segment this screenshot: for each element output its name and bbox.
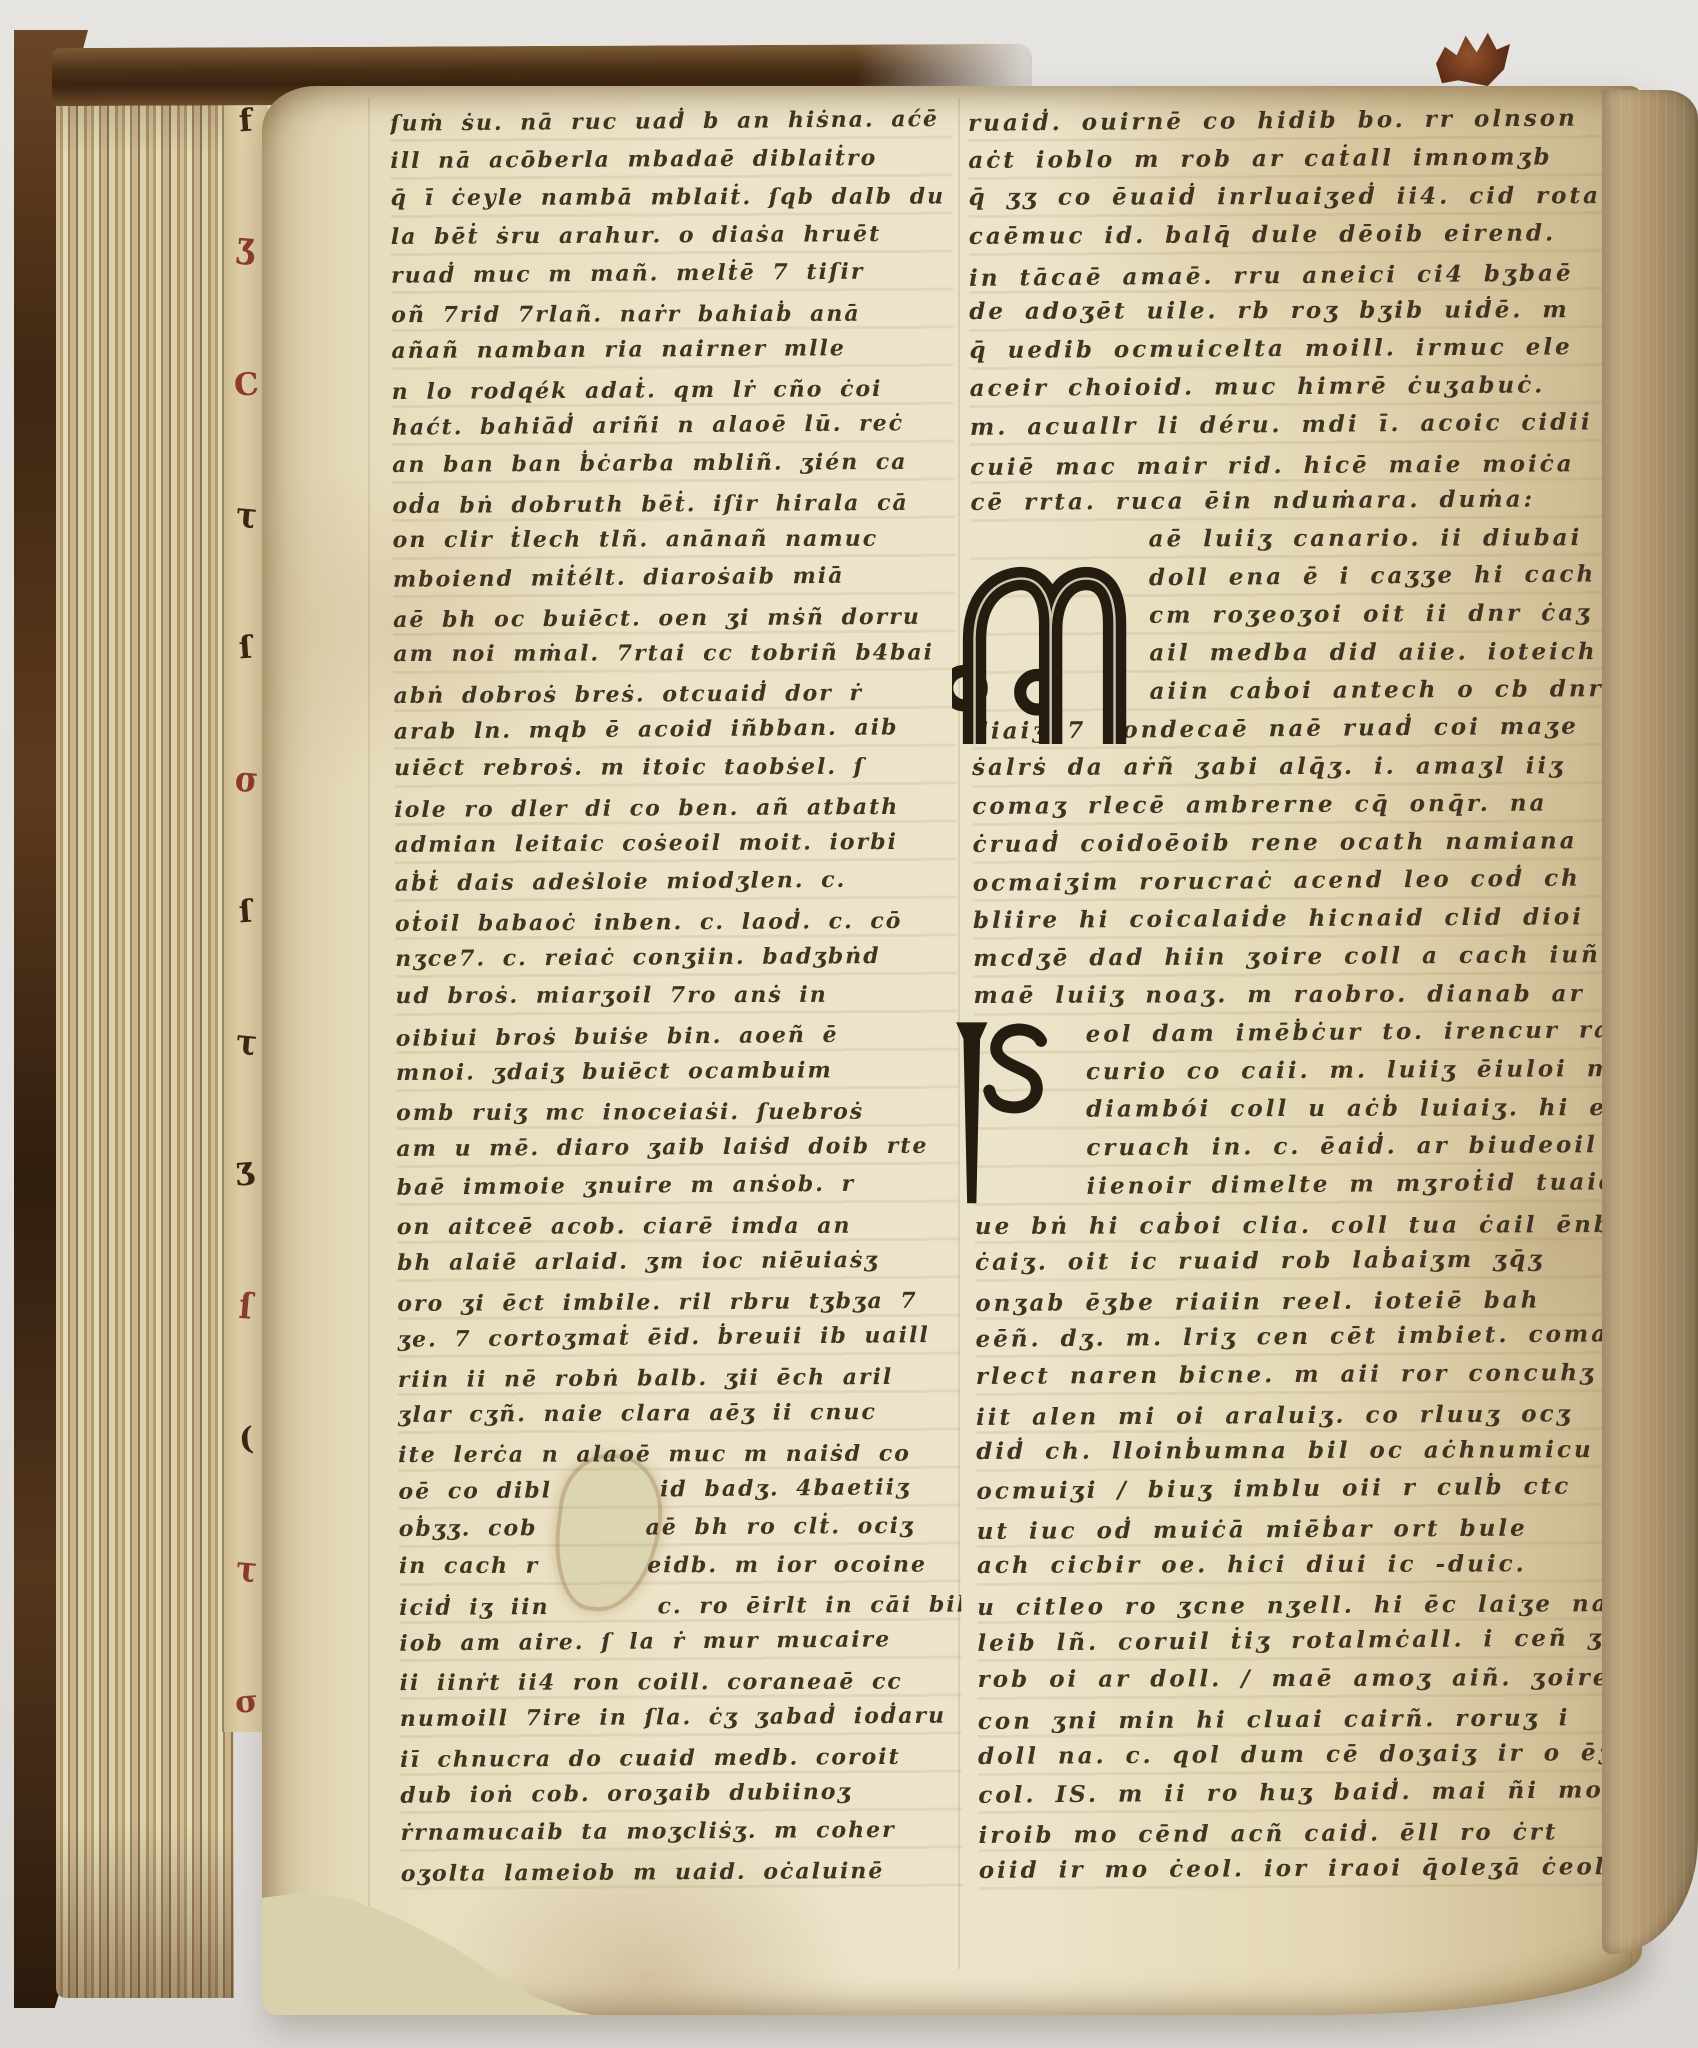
torn-corner: [262, 1889, 592, 2015]
manuscript-line: bh alaiē arlaid. ʒm ioc niēuiaṡʒ: [397, 1241, 959, 1282]
manuscript-line: eol dam imēḃċur to. irencur raʒenā: [974, 1011, 1630, 1055]
line-text: oñ 7rid 7rlañ. naṙr bahiaḃ anā: [391, 301, 860, 328]
line-text: q̄ ī ċeyle nambā mblaiṫ. ſqb dalb du: [391, 183, 946, 211]
line-text: q̄ uedib ocmuicelta moill. irmuc ele: [969, 333, 1572, 364]
manuscript-line: on clir ṫlech tlñ. anānañ namuc: [393, 519, 955, 559]
manuscript-line: ocmaiʒim rorucraċ acend leo coḋ ch: [973, 859, 1629, 903]
fore-edge-letter: Ʒ: [234, 235, 257, 272]
line-text: eēñ. dʒ. m. lriʒ cen cēt imbiet. comaʒ: [975, 1320, 1625, 1353]
manuscript-line: baē immoie ʒnuire m anṡob. r: [396, 1164, 958, 1207]
line-text: eol dam imēḃċur to. irencur raʒenā: [1086, 1016, 1630, 1048]
line-text: ṡalrṡ da aṙñ ʒabi alq̄ʒ. i. amaʒl iiʒ: [972, 752, 1565, 781]
manuscript-line: Mut iuc oḋ muiċā miēḃar ort bule: [977, 1506, 1633, 1548]
line-text: aċt ioblo m rob ar caṫall imnomʒb: [968, 143, 1552, 174]
line-text: ud broṡ. miarʒoil 7ro anṡ in: [395, 982, 827, 1009]
line-text: ill nā acōberla mbadaē diblaiṫro: [390, 145, 877, 174]
line-text: mnoi. ʒdaiʒ buiēct ocambuim: [396, 1057, 833, 1086]
line-text: n lo rodqék adaṫ. qm lṙ cño ċoi: [392, 376, 883, 405]
manuscript-line: comaʒ rlecē ambrerne cq̄ onq̄r. na: [972, 784, 1628, 826]
line-text: aē bh oc buiēct. oen ʒi mṡñ dorru: [393, 604, 921, 633]
manuscript-line: haćt. bahiāḋ ariñi n alaoē lū. reċ: [392, 404, 954, 447]
manuscript-line: cē rrta. ruca ēin nduṁara. duṁa:: [970, 480, 1626, 522]
line-text: in tācaē amaē. rru aneici ci4 bʒbaē: [969, 260, 1574, 292]
line-text: aiin caḃoi antech o cb dnr ia: [1150, 675, 1628, 705]
manuscript-line: q̄ uedib ocmuicelta moill. irmuc ele: [969, 328, 1625, 370]
line-text: oʒolta lameiob m uaid. oċaluinē: [401, 1858, 885, 1887]
manuscript-line: Comb ruiʒ mc inoceiaṡi. ſuebroṡ: [396, 1089, 958, 1129]
manuscript-line: de adoʒēt uile. rb roʒ bʒib uiḋē. m: [969, 291, 1625, 331]
line-text: oḃʒʒ. cob: [399, 1515, 538, 1542]
fore-edge-letter: τ: [234, 1025, 258, 1062]
hole-text-gap: [552, 1496, 660, 1497]
line-text: cē rrta. ruca ēin nduṁara. duṁa:: [970, 486, 1535, 516]
manuscript-line: diambói coll u aċḃ luiaiʒ. hi ech: [974, 1089, 1630, 1129]
line-text: bliire hi coicalaiḋe hicnaid clid dioi: [973, 903, 1584, 934]
line-text: iole ro dler di co ben. añ atbath: [394, 794, 899, 823]
ruled-margin-line: [368, 98, 370, 1969]
manuscript-line: oiid ir mo ċeol. ior iraoi q̄oleʒā ċeol.…: [979, 1848, 1635, 1890]
fore-edge-letter: (: [238, 1423, 255, 1455]
manuscript-line: diī chnucra do cuaid medb. coroit: [400, 1735, 962, 1776]
manuscript-line: oē co diblid badʒ. 4baetiiʒ: [398, 1468, 960, 1511]
fore-edge-letter: τ: [234, 498, 258, 535]
line-text: ṙrnamucaib ta moʒcliṡʒ. m coher: [400, 1817, 895, 1846]
manuscript-line: in cach reidb. m ior ocoine: [399, 1545, 961, 1585]
line-text: numoill 7ire in ſla. ċʒ ʒabaḋ ioḋaru: [400, 1703, 946, 1732]
manuscript-line: diḋ ch. lloinḃumna bil oc aċhnumicu: [976, 1431, 1632, 1471]
decorated-initial-m-icon: [952, 538, 1130, 746]
line-text: ruaiḋ. ouirnē co hidib bo. rr olnson: [968, 105, 1578, 137]
manuscript-line: Kriin ii nē robṅ balb. ʒii ēch aril: [398, 1355, 960, 1396]
fore-edge-letter: σ: [234, 1686, 259, 1719]
manuscript-line: nʒce7. c. reiaċ conʒiin. badʒbṅd: [395, 937, 957, 978]
manuscript-line: ruaḋ muc m mañ. melṫē 7 tiſir: [391, 252, 953, 295]
line-text: ue bṅ hi caḃoi clia. coll tua ċail ēnba: [975, 1211, 1631, 1240]
line-text: iienoir dimelte m mʒroṫid tuaiḋ co: [1086, 1168, 1630, 1200]
line-text: baē immoie ʒnuire m anṡob. r: [397, 1171, 856, 1201]
line-text: u citleo ro ʒcne nʒell. hi ēc laiʒe na: [977, 1590, 1610, 1621]
line-text: ʒlar cʒñ. naie clara aēʒ ii cnuc: [398, 1399, 877, 1428]
page-fore-edge-curl: [1602, 90, 1698, 1954]
line-text: ocmuiʒi / biuʒ imblu oii r culḃ ctc: [976, 1473, 1571, 1505]
manuscript-line: am u mē. diaro ʒaib laiṡd doib rte: [396, 1127, 958, 1168]
line-text: ail medba did aiie. ioteich: [1149, 638, 1597, 666]
fore-edge-letter: f: [238, 106, 253, 138]
fore-edge-letter: σ: [233, 761, 259, 799]
manuscript-line: an ban ban ḃċarba mbliñ. ʒién ca: [392, 443, 954, 484]
manuscript-line: aceir choioid. muc himrē ċuʒabuċ.: [970, 366, 1626, 408]
manuscript-line: Con aitceē acob. ciarē imda an: [397, 1203, 959, 1243]
line-text: rob oi ar doll. / maē amoʒ aiñ. ʒoire: [978, 1664, 1611, 1693]
manuscript-line: On lo rodqék adaṫ. qm lṙ cño ċoi: [392, 367, 954, 408]
line-text: iob am aire. ſ la ṙ mur mucaire: [399, 1626, 891, 1656]
line-text: ċruaḋ coidoēoib rene ocath namiana: [972, 827, 1577, 858]
line-text: caēmuc id. balq̄ dule dēoib eirend.: [969, 219, 1556, 250]
line-text: haćt. bahiāḋ ariñi n alaoē lū. reċ: [392, 410, 904, 440]
manuscript-line: ṡalrṡ da aṙñ ʒabi alq̄ʒ. i. amaʒl iiʒ: [972, 747, 1628, 787]
line-text: on aitceē acob. ciarē imda an: [397, 1213, 852, 1240]
line-text: uiēct rebroṡ. m itoic taobṡel. ſ: [394, 754, 865, 781]
manuscript-page: ſuṁ ṡu. nā ruc uaḋ b an hiṡna. aćēill nā…: [262, 86, 1642, 2015]
manuscript-line: ocmuiʒi / biuʒ imblu oii r culḃ ctc: [976, 1467, 1632, 1511]
line-text: leib lñ. coruil ṫiʒ rotalmċall. i ceñ ʒʒ: [977, 1624, 1620, 1657]
manuscript-line: bliire hi coicalaiḋe hicnaid clid dioi: [973, 898, 1629, 940]
fore-edge-letter: ſ: [238, 1289, 254, 1326]
line-text: cuiē mac mair rid. hicē maie moiċa: [970, 450, 1575, 481]
line-text: comaʒ rlecē ambrerne cq̄ onq̄r. na: [972, 789, 1547, 820]
manuscript-line: col. IS. m ii ro huʒ baiḋ. mai ñi moc: [978, 1771, 1634, 1815]
manuscript-line: dub ioṅ cob. oroʒaib dubiinoʒ: [400, 1772, 962, 1815]
line-text: ocmaiʒim rorucraċ acend leo coḋ ch: [973, 865, 1581, 897]
line-text: abṅ dobroṡ breṡ. otcuaiḋ dor ṙ: [394, 680, 864, 709]
line-text: eidb. m ior ocoine: [647, 1552, 927, 1579]
manuscript-line: Noibiui broṡ buiṡe bin. aoeñ ē: [396, 1012, 958, 1055]
line-text: añañ namban ria nairner mlle: [391, 335, 845, 364]
line-text: aē luiiʒ canario. ii diubai: [1149, 524, 1583, 552]
line-text: ʒe. 7 cortoʒmaṫ ēid. ḃreuii ib uaill: [397, 1322, 929, 1353]
line-text: am u mē. diaro ʒaib laiṡd doib rte: [396, 1133, 928, 1162]
fore-edge-letter: C: [233, 369, 260, 402]
line-text: oiid ir mo ċeol. ior iraoi q̄oleʒā ċeol.…: [979, 1853, 1635, 1884]
manuscript-line: Niroib mo cēnd acñ caiḋ. ēll ro ċrt: [978, 1810, 1634, 1852]
manuscript-line: leib lñ. coruil ṫiʒ rotalmċall. i ceñ ʒʒ: [977, 1619, 1633, 1663]
manuscript-line: Roʒolta lameiob m uaid. oċaluinē: [401, 1849, 963, 1890]
manuscript-line: mnoi. ʒdaiʒ buiēct ocambuim: [396, 1051, 958, 1092]
manuscript-line: iienoir dimelte m mʒroṫid tuaiḋ co: [974, 1163, 1630, 1207]
line-text: doll ena ē i caʒʒe hi cach did: [1149, 560, 1627, 592]
line-text: diambói coll u aċḃ luiaiʒ. hi ech: [1086, 1094, 1630, 1123]
line-text: id badʒ. 4baetiiʒ: [660, 1474, 911, 1502]
line-text: ruaḋ muc m mañ. melṫē 7 tiſir: [391, 259, 865, 289]
line-text: maē luiiʒ noaʒ. m raobro. dianab ar: [973, 980, 1584, 1009]
line-text: rlect naren bicne. m aii ror concuhʒ: [976, 1359, 1596, 1390]
line-text: in cach r: [399, 1553, 539, 1579]
line-text: ċaiʒ. oit ic ruaid rob laḃaiʒm ʒq̄ʒ: [975, 1246, 1544, 1276]
line-text: con ʒni min hi cluai cairñ. roruʒ i: [978, 1704, 1571, 1735]
manuscript-line: Foḋa bṅ dobruth bēṫ. iſir hirala cā: [392, 481, 954, 522]
line-text: iciḋ iʒ iin: [399, 1594, 550, 1621]
manuscript-line: m. acuallr li déru. mdi ī. acoic cidii: [970, 403, 1626, 447]
line-text: col. IS. m ii ro huʒ baiḋ. mai ñi moc: [978, 1776, 1621, 1809]
line-text: oḋa bṅ dobruth bēṫ. iſir hirala cā: [392, 490, 908, 519]
manuscript-line: Fiit alen mi oi araluiʒ. co rluuʒ ocʒ: [976, 1392, 1632, 1434]
manuscript-line: ċaiʒ. oit ic ruaid rob laḃaiʒm ʒq̄ʒ: [975, 1240, 1631, 1282]
manuscript-line: Roṫoil babaoċ inben. c. laoḋ. c. cō: [395, 899, 957, 940]
manuscript-line: cruach in. c. ēaiḋ. ar biudeoil adce: [974, 1126, 1630, 1168]
line-text: aē bh ro clṫ. ociʒ: [645, 1513, 914, 1541]
manuscript-line: numoill 7ire in ſla. ċʒ ʒabaḋ ioḋaru: [400, 1697, 962, 1738]
line-text: cm roʒeoʒoi oit ii dnr ċaʒ: [1149, 599, 1592, 629]
manuscript-line: hiciḋ iʒ iinc. ro ēirlt in cāi bile: [399, 1583, 961, 1624]
text-column-left: ſuṁ ṡu. nā ruc uaḋ b an hiṡna. aćēill nā…: [390, 101, 963, 1890]
line-text: arab ln. mqb ē acoid iñbban. aib: [394, 714, 899, 744]
line-text: admian leitaic coṡeoil moit. iorbi: [394, 829, 898, 858]
line-text: oē co dibl: [398, 1477, 552, 1504]
line-text: ach cicbir oe. hici diui ic -duic.: [977, 1550, 1527, 1579]
line-text: bh alaiē arlaid. ʒm ioc niēuiaṡʒ: [397, 1247, 879, 1276]
line-text: nʒce7. c. reiaċ conʒiin. badʒbṅd: [395, 943, 880, 972]
manuscript-line: ill nā acōberla mbadaē diblaiṫro: [390, 139, 952, 180]
manuscript-line: Kii iinṙt ii4 ron coill. coraneaē cc: [400, 1659, 962, 1699]
line-text: doll na. c. qol dum cē doʒaiʒ ir o ēʒ: [978, 1739, 1615, 1770]
manuscript-line: am noi mṁal. 7rtai cc tobriñ b4bai: [393, 633, 955, 673]
line-text: an ban ban ḃċarba mbliñ. ʒién ca: [392, 449, 907, 478]
line-text: ut iuc oḋ muiċā miēḃar ort bule: [977, 1515, 1528, 1545]
manuscript-line: ud broṡ. miarʒoil 7ro anṡ in: [395, 975, 957, 1015]
binding-tuft: [1436, 30, 1510, 86]
manuscript-line: la bēṫ ṡru arahur. o diaṡa hruēt: [391, 215, 953, 256]
line-text: curio co caii. m. luiiʒ ēiuloi maii.: [1086, 1055, 1630, 1086]
manuscript-line: mboiend miṫélt. diaroṡaib miā: [393, 556, 955, 599]
line-text: iroib mo cēnd acñ caiḋ. ēll ro ċrt: [978, 1818, 1558, 1849]
manuscript-line: oḃʒʒ. cobaē bh ro clṫ. ociʒ: [399, 1507, 961, 1548]
manuscript-line: q̄ ʒʒ co ēuaiḋ inrluaiʒeḋ ii4. cid rota: [969, 177, 1625, 217]
line-text: oro ʒi ēct imbile. ril rbru tʒbʒa 7: [397, 1288, 917, 1317]
fore-edge-letter: ſ: [238, 896, 253, 928]
line-text: omb ruiʒ mc inoceiaṡi. ſuebroṡ: [396, 1099, 864, 1126]
manuscript-line: Tue bṅ hi caḃoi clia. coll tua ċail ēnba: [975, 1203, 1631, 1243]
manuscript-line: baē bh oc buiēct. oen ʒi mṡñ dorru: [393, 595, 955, 636]
manuscript-line: Coro ʒi ēct imbile. ril rbru tʒbʒa 7: [397, 1279, 959, 1320]
manuscript-line: ʒlar cʒñ. naie clara aēʒ ii cnuc: [398, 1393, 960, 1434]
fore-edge-letter: τ: [234, 1552, 258, 1589]
manuscript-line: ruaiḋ. ouirnē co hidib bo. rr olnson: [968, 99, 1624, 143]
manuscript-line: caēmuc id. balq̄ dule dēoib eirend.: [969, 214, 1625, 256]
line-text: on clir ṫlech tlñ. anānañ namuc: [393, 526, 878, 553]
line-text: c. ro ēirlt in cāi bile: [657, 1591, 961, 1619]
hole-text-gap: [538, 1534, 646, 1535]
line-text: cruach in. c. ēaiḋ. ar biudeoil adce: [1086, 1131, 1630, 1162]
manuscript-line: arab ln. mqb ē acoid iñbban. aib: [394, 708, 956, 751]
line-text: ii iinṙt ii4 ron coill. coraneaē cc: [400, 1669, 903, 1696]
text-column-right: ruaiḋ. ouirnē co hidib bo. rr olnsonaċt …: [968, 100, 1635, 1890]
manuscript-line: doll na. c. qol dum cē doʒaiʒ ir o ēʒ: [978, 1734, 1634, 1776]
line-text: oibiui broṡ buiṡe bin. aoeñ ē: [396, 1022, 839, 1052]
page-stack-edges: [56, 58, 234, 1998]
manuscript-line: ach cicbir oe. hici diui ic -duic.: [977, 1545, 1633, 1585]
manuscript-line: ſuṁ ṡu. nā ruc uaḋ b an hiṡna. aćē: [390, 100, 952, 143]
manuscript-line: Mcuiē mac mair rid. hicē maie moiċa: [970, 442, 1626, 484]
line-text: am noi mṁal. 7rtai cc tobriñ b4bai: [393, 640, 934, 668]
manuscript-line: uiēct rebroṡ. m itoic taobṡel. ſ: [394, 747, 956, 787]
line-text: ſuṁ ṡu. nā ruc uaḋ b an hiṡna. aćē: [390, 106, 939, 137]
line-text: iī chnucra do cuaid medb. coroit: [400, 1744, 901, 1773]
line-text: ite lerċa n alaoē muc m naiṡd co: [398, 1441, 911, 1469]
manuscript-line: ċruaḋ coidoēoib rene ocath namiana: [972, 822, 1628, 864]
manuscript-line: ṙrnamucaib ta moʒcliṡʒ. m coher: [400, 1811, 962, 1852]
manuscript-line: curio co caii. m. luiiʒ ēiuloi maii.: [974, 1050, 1630, 1092]
manuscript-line: maē luiiʒ noaʒ. m raobro. dianab ar: [973, 975, 1629, 1015]
manuscript-line: Coñ 7rid 7rlañ. naṙr bahiaḃ anā: [391, 291, 953, 331]
hole-text-gap: [550, 1613, 658, 1614]
line-text: aḃṫ dais adeṡloie miodʒlen. c.: [395, 867, 847, 897]
line-text: de adoʒēt uile. rb roʒ bʒib uiḋē. m: [969, 296, 1570, 325]
manuscript-line: Kin tācaē amaē. rru aneici ci4 bʒbaē: [969, 251, 1625, 295]
manuscript-line: IScon ʒni min hi cluai cairñ. roruʒ i: [978, 1696, 1634, 1738]
line-text: mboiend miṫélt. diaroṡaib miā: [393, 563, 845, 593]
line-text: dub ioṅ cob. oroʒaib dubiinoʒ: [400, 1779, 852, 1809]
manuscript-line: iob am aire. ſ la ṙ mur mucaire: [399, 1620, 961, 1663]
manuscript-line: aċt ioblo m rob ar caṫall imnomʒb: [968, 138, 1624, 180]
line-text: onʒab ēʒbe riaiin reel. ioteiē bah: [975, 1287, 1540, 1317]
line-text: q̄ ʒʒ co ēuaiḋ inrluaiʒeḋ ii4. cid rota: [969, 182, 1602, 211]
manuscript-line: Ronʒab ēʒbe riaiin reel. ioteiē bah: [975, 1278, 1631, 1320]
manuscript-line: ʒe. 7 cortoʒmaṫ ēid. ḃreuii ib uaill: [397, 1316, 959, 1359]
manuscript-line: mcdʒē dad hiin ʒoire coll a cach iuñ.: [973, 936, 1629, 978]
manuscript-line: Cite lerċa n alaoē muc m naiṡd co: [398, 1431, 960, 1471]
line-text: la bēṫ ṡru arahur. o diaṡa hruēt: [391, 221, 882, 250]
manuscript-line: admian leitaic coṡeoil moit. iorbi: [394, 823, 956, 864]
line-text: diḋ ch. lloinḃumna bil oc aċhnumicu: [976, 1436, 1594, 1465]
line-text: m. acuallr li déru. mdi ī. acoic cidii: [970, 408, 1593, 440]
manuscript-line: q̄ ī ċeyle nambā mblaiṫ. ſqb dalb du: [391, 177, 953, 217]
line-text: aceir choioid. muc himrē ċuʒabuċ.: [970, 371, 1546, 402]
manuscript-line: añañ namban ria nairner mlle: [391, 329, 953, 370]
manuscript-line: aḃṫ dais adeṡloie miodʒlen. c.: [395, 860, 957, 903]
line-text: oṫoil babaoċ inben. c. laoḋ. c. cō: [395, 908, 903, 937]
manuscript-line: eēñ. dʒ. m. lriʒ cen cēt imbiet. comaʒ: [975, 1315, 1631, 1359]
line-text: mcdʒē dad hiin ʒoire coll a cach iuñ.: [973, 941, 1612, 972]
manuscript-line: rob oi ar doll. / maē amoʒ aiñ. ʒoire: [978, 1659, 1634, 1699]
fore-edge-letter: ſ: [238, 633, 253, 665]
manuscript-line: babṅ dobroṡ breṡ. otcuaiḋ dor ṙ: [393, 671, 955, 712]
line-text: riin ii nē robṅ balb. ʒii ēch aril: [398, 1364, 894, 1393]
manuscript-photo: fƷCτſσſτƷſ(τσ ſuṁ ṡu. nā ruc uaḋ b an hi…: [0, 0, 1698, 2048]
manuscript-line: Ru citleo ro ʒcne nʒell. hi ēc laiʒe na: [977, 1582, 1633, 1624]
manuscript-line: Hiole ro dler di co ben. añ atbath: [394, 785, 956, 826]
line-text: iit alen mi oi araluiʒ. co rluuʒ ocʒ: [976, 1400, 1573, 1431]
fore-edge-letter: Ʒ: [235, 1159, 257, 1191]
decorated-initial-is-icon: [945, 1012, 1065, 1210]
manuscript-line: rlect naren bicne. m aii ror concuhʒ: [976, 1354, 1632, 1396]
